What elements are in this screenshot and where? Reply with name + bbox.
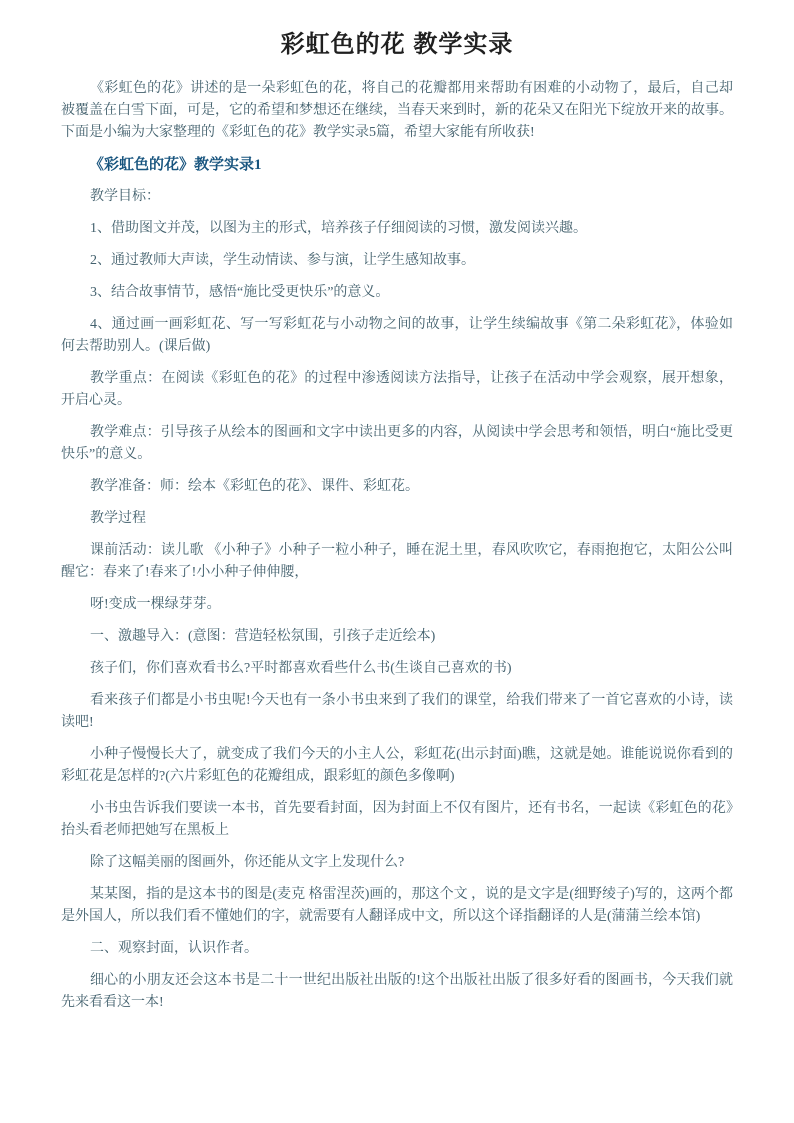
paragraph-pre-class-activity: 课前活动：读儿歌 《小种子》小种子一粒小种子，睡在泥土里，春风吹吹它，春雨抱抱它… <box>61 540 733 584</box>
paragraph-step-1-intro: 一、激趣导入：(意图：营造轻松氛围，引孩子走近绘本) <box>61 626 733 648</box>
paragraph-bookworm-poem: 看来孩子们都是小书虫呢!今天也有一条小书虫来到了我们的课堂，给我们带来了一首它喜… <box>61 690 733 734</box>
document-page: 彩虹色的花 教学实录 《彩虹色的花》讲述的是一朵彩虹色的花，将自己的花瓣都用来帮… <box>0 0 794 1123</box>
paragraph-step-2-observe-cover: 二、观察封面，认识作者。 <box>61 938 733 960</box>
paragraph-question-text: 除了这幅美丽的图画外，你还能从文字上发现什么? <box>61 852 733 874</box>
paragraph-author-translator: 某某图，指的是这本书的图是(麦克 格雷涅茨)画的，那这个文 ，说的是文字是(细野… <box>61 884 733 928</box>
paragraph-goal-2: 2、通过教师大声读，学生动情读、参与演，让学生感知故事。 <box>61 250 733 272</box>
paragraph-cover-reading: 小书虫告诉我们要读一本书，首先要看封面，因为封面上不仅有图片，还有书名，一起读《… <box>61 798 733 842</box>
paragraph-teaching-preparation: 教学准备：师：绘本《彩虹色的花》、课件、彩虹花。 <box>61 476 733 498</box>
document-title: 彩虹色的花 教学实录 <box>61 30 733 60</box>
paragraph-intro: 《彩虹色的花》讲述的是一朵彩虹色的花，将自己的花瓣都用来帮助有困难的小动物了，最… <box>61 78 733 144</box>
paragraph-teaching-process-label: 教学过程 <box>61 508 733 530</box>
paragraph-teaching-focus: 教学重点：在阅读《彩虹色的花》的过程中渗透阅读方法指导，让孩子在活动中学会观察，… <box>61 368 733 412</box>
paragraph-goal-4: 4、通过画一画彩虹花、写一写彩虹花与小动物之间的故事，让学生续编故事《第二朵彩虹… <box>61 314 733 358</box>
paragraph-rhyme-ending: 呀!变成一棵绿芽芽。 <box>61 594 733 616</box>
paragraph-seed-growing: 小种子慢慢长大了，就变成了我们今天的小主人公，彩虹花(出示封面)瞧，这就是她。谁… <box>61 744 733 788</box>
paragraph-goal-3: 3、结合故事情节，感悟“施比受更快乐”的意义。 <box>61 282 733 304</box>
paragraph-goal-1: 1、借助图文并茂，以图为主的形式，培养孩子仔细阅读的习惯，激发阅读兴趣。 <box>61 218 733 240</box>
paragraph-question-books: 孩子们，你们喜欢看书么?平时都喜欢看些什么书(生谈自己喜欢的书) <box>61 658 733 680</box>
section-heading-record-1: 《彩虹色的花》教学实录1 <box>61 154 733 176</box>
paragraph-teaching-difficulty: 教学难点：引导孩子从绘本的图画和文字中读出更多的内容，从阅读中学会思考和领悟，明… <box>61 422 733 466</box>
paragraph-teaching-goals-label: 教学目标： <box>61 186 733 208</box>
paragraph-publisher: 细心的小朋友还会这本书是二十一世纪出版社出版的!这个出版社出版了很多好看的图画书… <box>61 970 733 1014</box>
